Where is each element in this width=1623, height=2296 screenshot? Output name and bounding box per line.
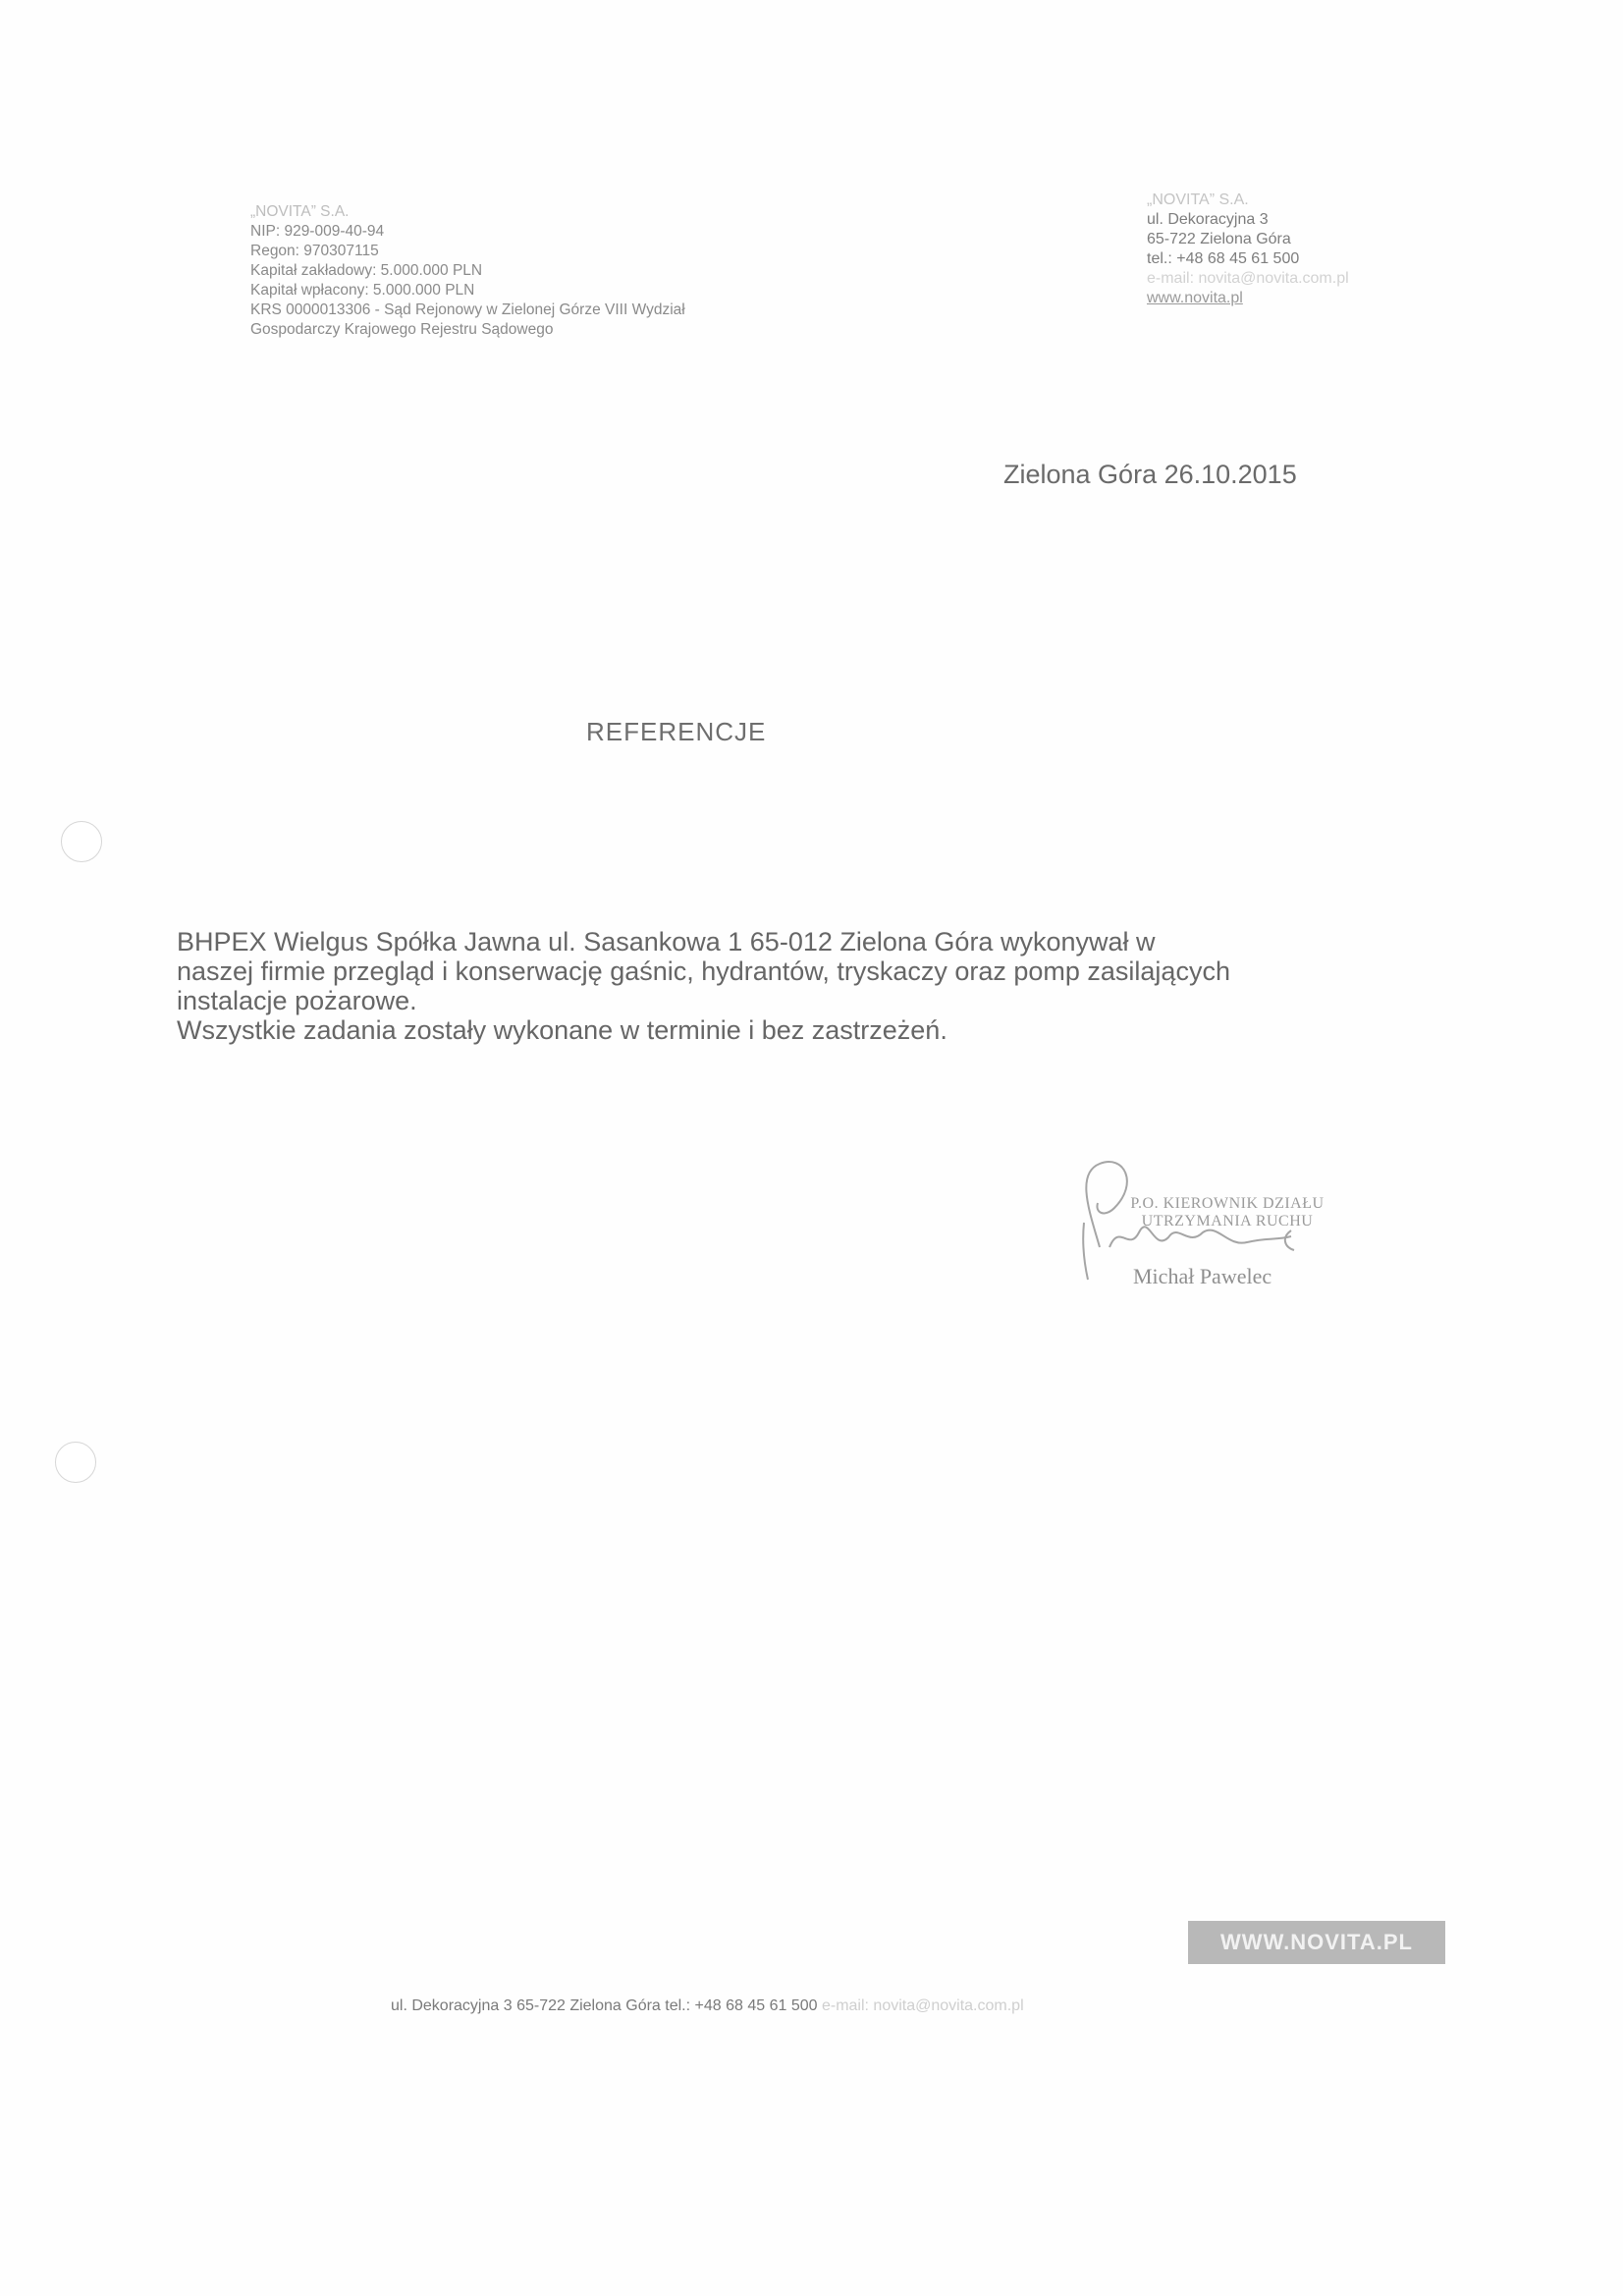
footer-email: e-mail: novita@novita.com.pl (818, 1997, 1024, 2014)
company-name: „NOVITA” S.A. (1147, 191, 1349, 210)
punch-hole-marker (61, 821, 102, 862)
footer-contact: ul. Dekoracyjna 3 65-722 Zielona Góra te… (391, 1997, 1024, 2015)
website-badge[interactable]: WWW.NOVITA.PL (1188, 1921, 1445, 1964)
company-registration-block: „NOVITA” S.A. NIP: 929-009-40-94 Regon: … (250, 202, 685, 340)
company-name: „NOVITA” S.A. (250, 202, 685, 222)
street-address: ul. Dekoracyjna 3 (1147, 210, 1349, 230)
role-line: UTRZYMANIA RUCHU (1109, 1213, 1345, 1230)
body-line: naszej firmie przegląd i konserwację gaś… (177, 957, 1453, 986)
footer-address: ul. Dekoracyjna 3 65-722 Zielona Góra te… (391, 1997, 818, 2014)
krs-line-2: Gospodarczy Krajowego Rejestru Sądowego (250, 320, 685, 340)
body-line: BHPEX Wielgus Spółka Jawna ul. Sasankowa… (177, 927, 1453, 957)
signatory-name: Michał Pawelec (1133, 1264, 1271, 1289)
nip-number: NIP: 929-009-40-94 (250, 222, 685, 242)
signatory-role: P.O. KIEROWNIK DZIAŁU UTRZYMANIA RUCHU (1109, 1195, 1345, 1230)
share-capital: Kapitał zakładowy: 5.000.000 PLN (250, 261, 685, 281)
body-line: Wszystkie zadania zostały wykonane w ter… (177, 1015, 1453, 1045)
email-address: e-mail: novita@novita.com.pl (1147, 269, 1349, 289)
letter-title: REFERENCJE (586, 717, 766, 747)
city-address: 65-722 Zielona Góra (1147, 230, 1349, 249)
paid-capital: Kapitał wpłacony: 5.000.000 PLN (250, 281, 685, 301)
body-line: instalacje pożarowe. (177, 986, 1453, 1015)
role-line: P.O. KIEROWNIK DZIAŁU (1109, 1195, 1345, 1213)
website-link[interactable]: www.novita.pl (1147, 289, 1349, 308)
letter-date: Zielona Góra 26.10.2015 (1003, 460, 1297, 490)
letter-body: BHPEX Wielgus Spółka Jawna ul. Sasankowa… (177, 927, 1453, 1045)
letter-page: „NOVITA” S.A. NIP: 929-009-40-94 Regon: … (0, 0, 1623, 2296)
phone-number: tel.: +48 68 45 61 500 (1147, 249, 1349, 269)
company-contact-block: „NOVITA” S.A. ul. Dekoracyjna 3 65-722 Z… (1147, 191, 1349, 308)
regon-number: Regon: 970307115 (250, 242, 685, 261)
signature-stamp: P.O. KIEROWNIK DZIAŁU UTRZYMANIA RUCHU M… (1070, 1154, 1384, 1301)
punch-hole-marker (55, 1442, 96, 1483)
krs-line-1: KRS 0000013306 - Sąd Rejonowy w Zielonej… (250, 301, 685, 320)
